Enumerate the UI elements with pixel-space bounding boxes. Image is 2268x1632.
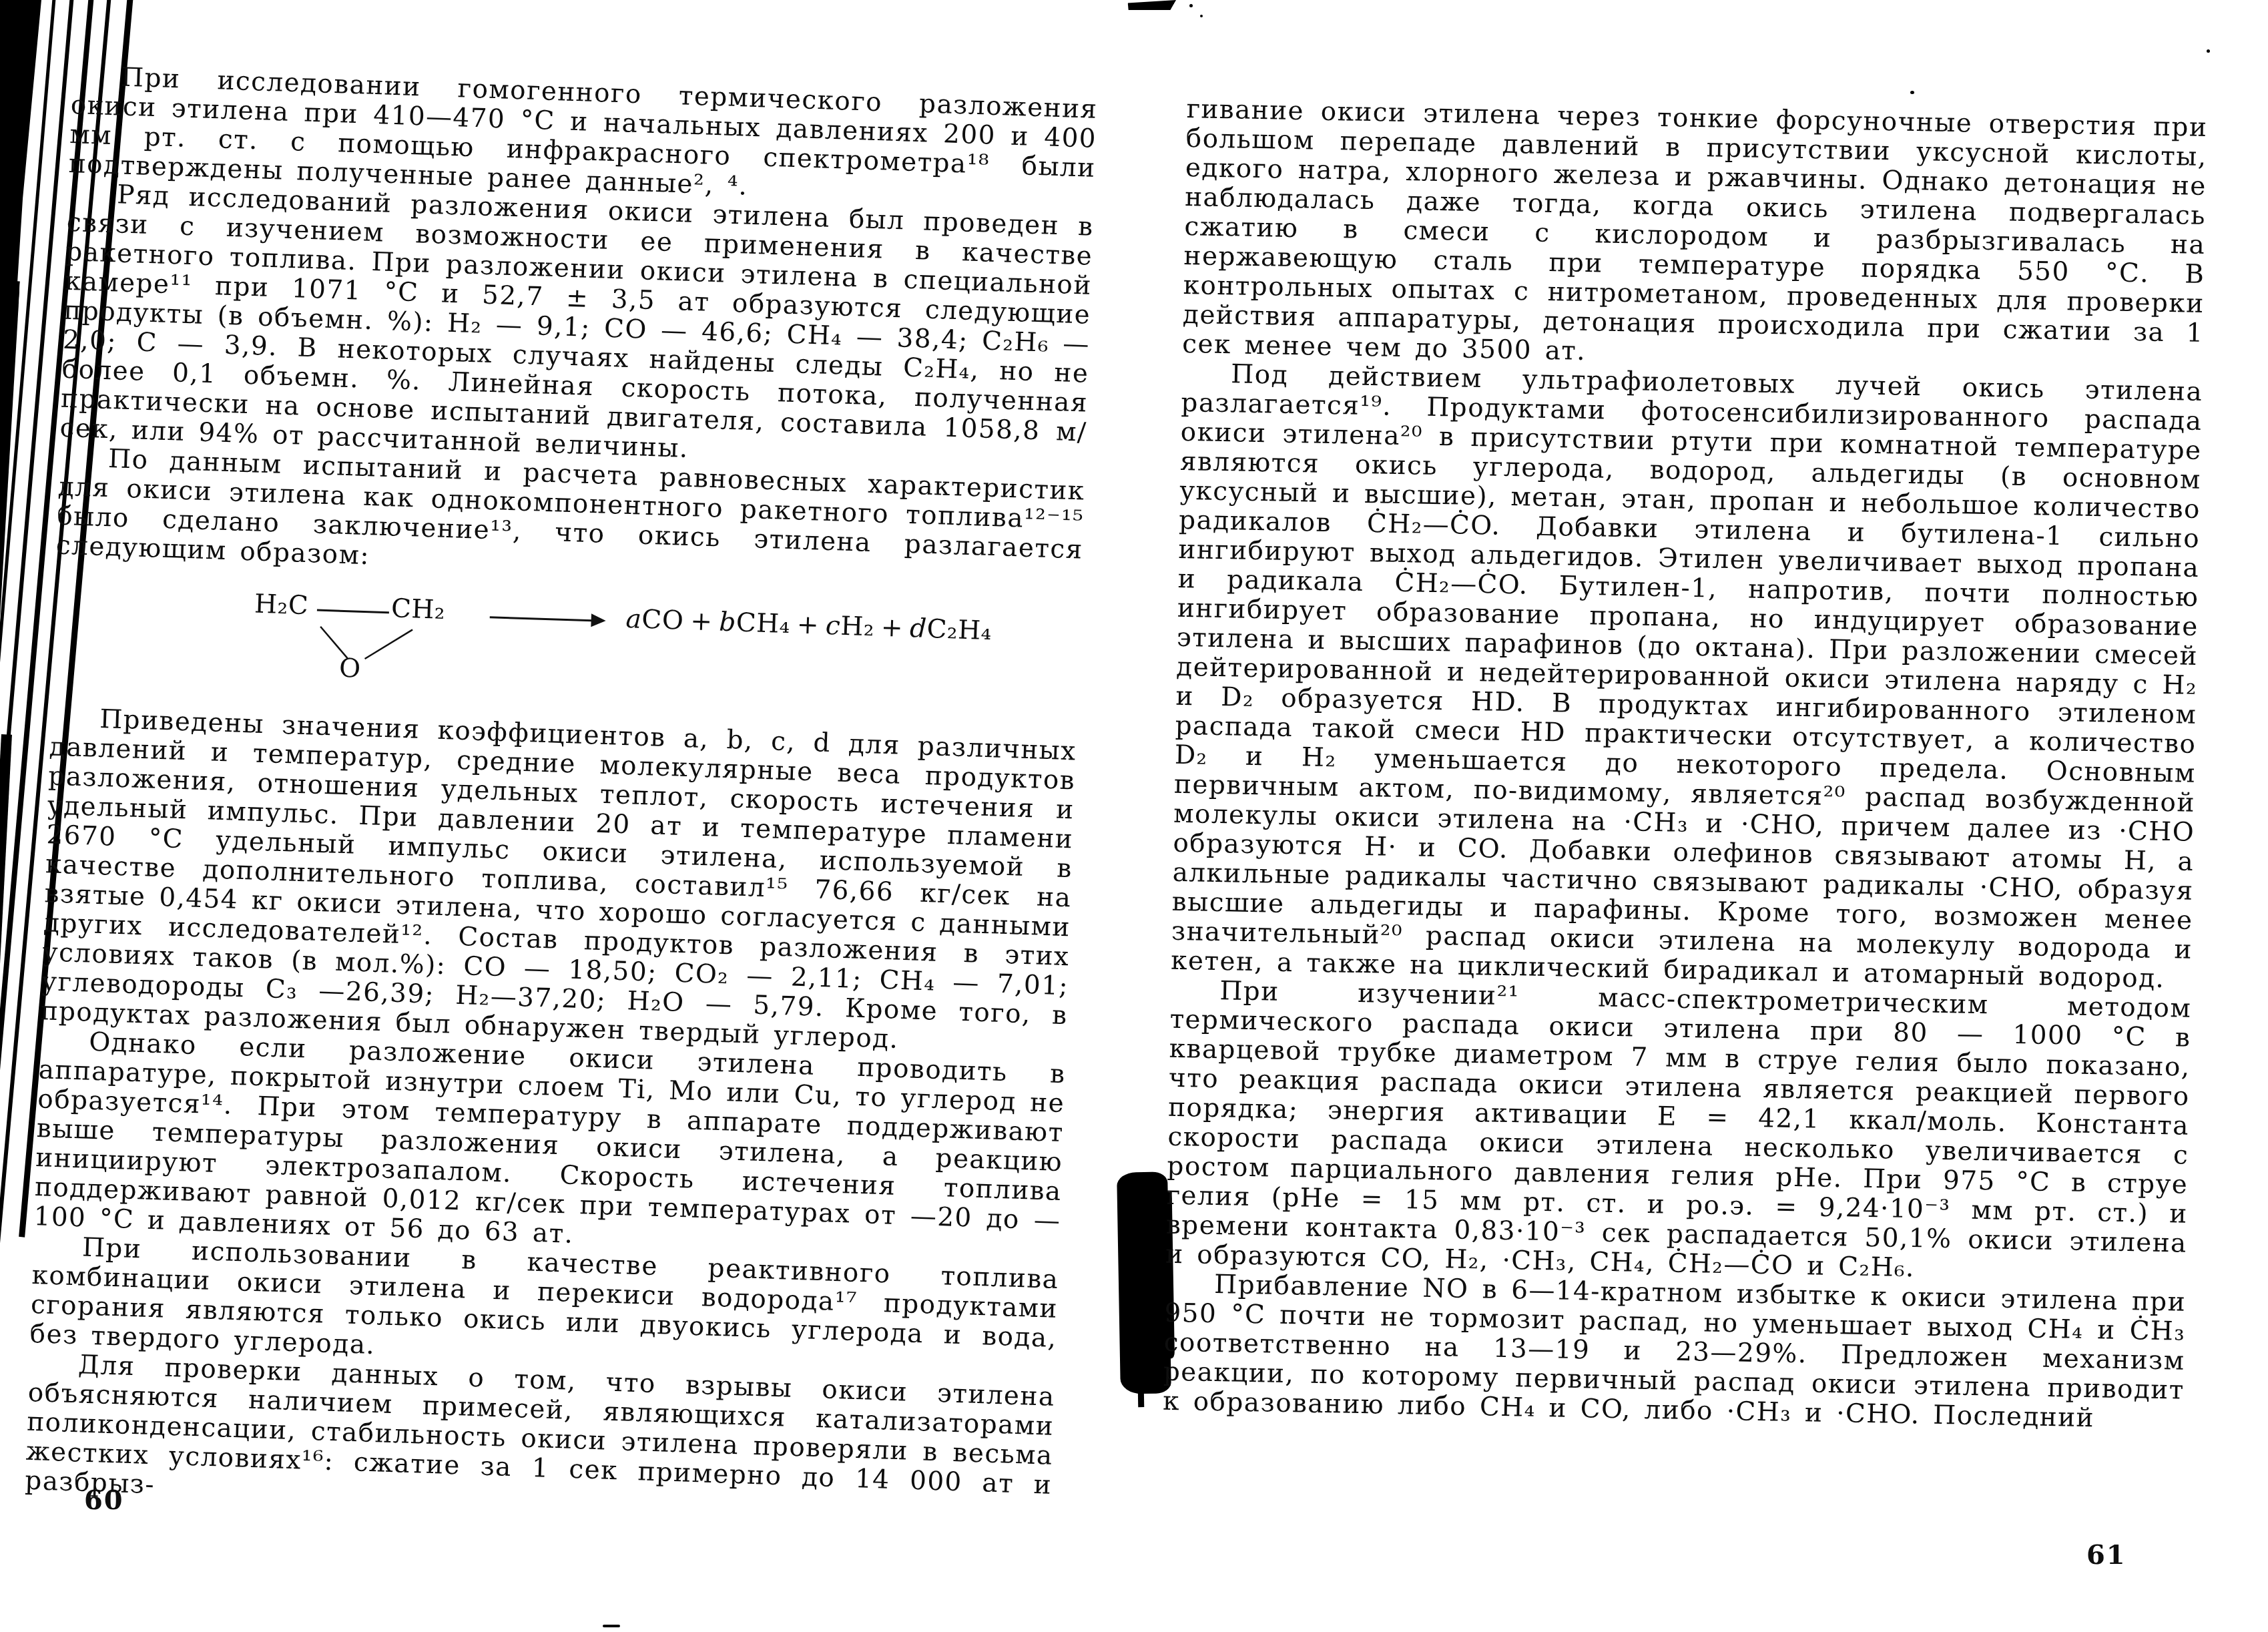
plus-sign: + <box>874 612 910 643</box>
page-number-left: 60 <box>84 1484 124 1516</box>
chemical-equation: H₂C CH₂ O aCO+bCH₄+cH₂+dC₂H₄ <box>51 583 1081 718</box>
page-number-right: 61 <box>2086 1539 2127 1571</box>
scanned-book-spread: { "colors": { "ink": "#0e0e0e", "paper":… <box>0 0 2268 1632</box>
scan-speck <box>1189 4 1193 7</box>
paragraph: Под действием ультрафиолетовых лучей оки… <box>1171 359 2203 995</box>
coefficient: b <box>719 607 737 638</box>
formula: CH₄ <box>736 607 790 639</box>
paragraph: Приведены значения коэффициентов a, b, c… <box>40 703 1077 1060</box>
scan-smudge <box>1124 0 1177 10</box>
coefficient: c <box>825 611 841 641</box>
scan-speck <box>1200 15 1203 17</box>
formula: C₂H₄ <box>926 614 993 646</box>
coefficient: a <box>625 604 642 635</box>
paragraph: Однако если разложение окиси этилена про… <box>33 1026 1066 1266</box>
plus-sign: + <box>790 609 826 641</box>
scan-speck <box>603 1625 620 1627</box>
ethylene-oxide-structure: H₂C CH₂ O <box>252 590 479 698</box>
atom-ch2: CH₂ <box>390 594 445 625</box>
paragraph: При изучении²¹ масс-спектрометрическим м… <box>1165 976 2192 1288</box>
right-page-text-column: гивание окиси этилена через тонкие форсу… <box>1163 95 2208 1435</box>
atom-o: O <box>338 654 361 684</box>
scan-speck <box>2207 49 2210 53</box>
formula: CO <box>641 605 684 636</box>
plus-sign: + <box>683 606 720 637</box>
reaction-arrow-icon <box>490 616 603 622</box>
reaction-products: aCO+bCH₄+cH₂+dC₂H₄ <box>625 602 993 646</box>
paragraph: Прибавление NO в 6—14-кратном избытке к … <box>1163 1270 2187 1435</box>
coefficient: d <box>909 613 927 644</box>
paragraph: Ряд исследований разложения окиси этилен… <box>59 179 1094 477</box>
formula: H₂ <box>840 611 875 643</box>
left-page-text-column: При исследовании гомогенного термическог… <box>25 61 1098 1530</box>
atom-h2c: H₂C <box>254 590 308 621</box>
scan-speck <box>1910 91 1914 94</box>
paragraph: гивание окиси этилена через тонкие форсу… <box>1182 95 2208 378</box>
